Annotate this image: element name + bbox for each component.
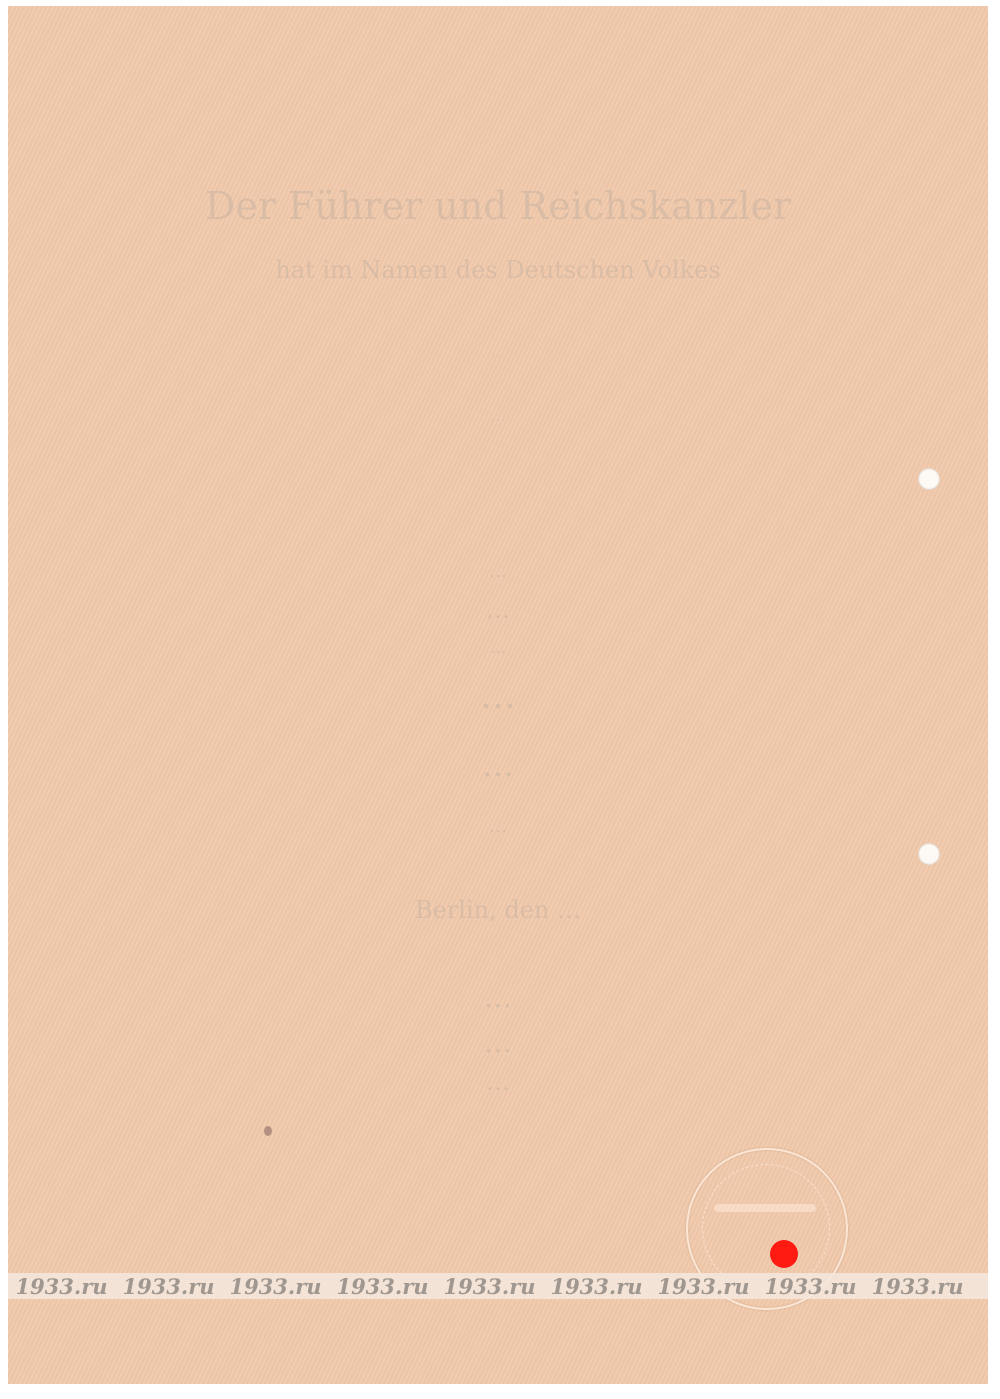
bleed-through-line: … bbox=[8, 1026, 988, 1059]
watermark-text: 1933.ru bbox=[222, 1274, 329, 1299]
bleed-through-line: … bbox=[8, 676, 988, 717]
watermark-text: 1933.ru bbox=[543, 1274, 650, 1299]
bleed-through-line: … bbox=[8, 638, 988, 657]
ink-smudge bbox=[264, 1126, 272, 1136]
bleed-through-line: Der Führer und Reichskanzler bbox=[8, 184, 988, 228]
bleed-through-line: hat im Namen des Deutschen Volkes bbox=[8, 256, 988, 284]
bleed-through-line: … bbox=[8, 1068, 988, 1096]
seal-red-dot bbox=[770, 1240, 798, 1268]
watermark-text: 1933.ru bbox=[864, 1274, 971, 1299]
bleed-through-line: … bbox=[8, 746, 988, 784]
bleed-through-line: … bbox=[8, 346, 988, 360]
watermark-text: 1933.ru bbox=[650, 1274, 757, 1299]
bleed-through-line: … bbox=[8, 981, 988, 1014]
punch-hole bbox=[918, 468, 940, 490]
document-paper: Der Führer und Reichskanzler hat im Name… bbox=[8, 6, 988, 1384]
watermark-text: 1933.ru bbox=[115, 1274, 222, 1299]
watermark-strip: 1933.ru 1933.ru 1933.ru 1933.ru 1933.ru … bbox=[8, 1273, 988, 1299]
watermark-text: 1933.ru bbox=[436, 1274, 543, 1299]
bleed-through-line: Berlin, den … bbox=[8, 896, 988, 924]
watermark-text: 1933.ru bbox=[8, 1274, 115, 1299]
bleed-through-line: … bbox=[8, 596, 988, 624]
punch-hole bbox=[918, 843, 940, 865]
bleed-through-line: … bbox=[8, 816, 988, 837]
watermark-text: 1933.ru bbox=[757, 1274, 864, 1299]
seal-emblem bbox=[714, 1204, 816, 1212]
watermark-text: 1933.ru bbox=[329, 1274, 436, 1299]
bleed-through-line: … bbox=[8, 406, 988, 425]
bleed-through-line: … bbox=[8, 561, 988, 582]
